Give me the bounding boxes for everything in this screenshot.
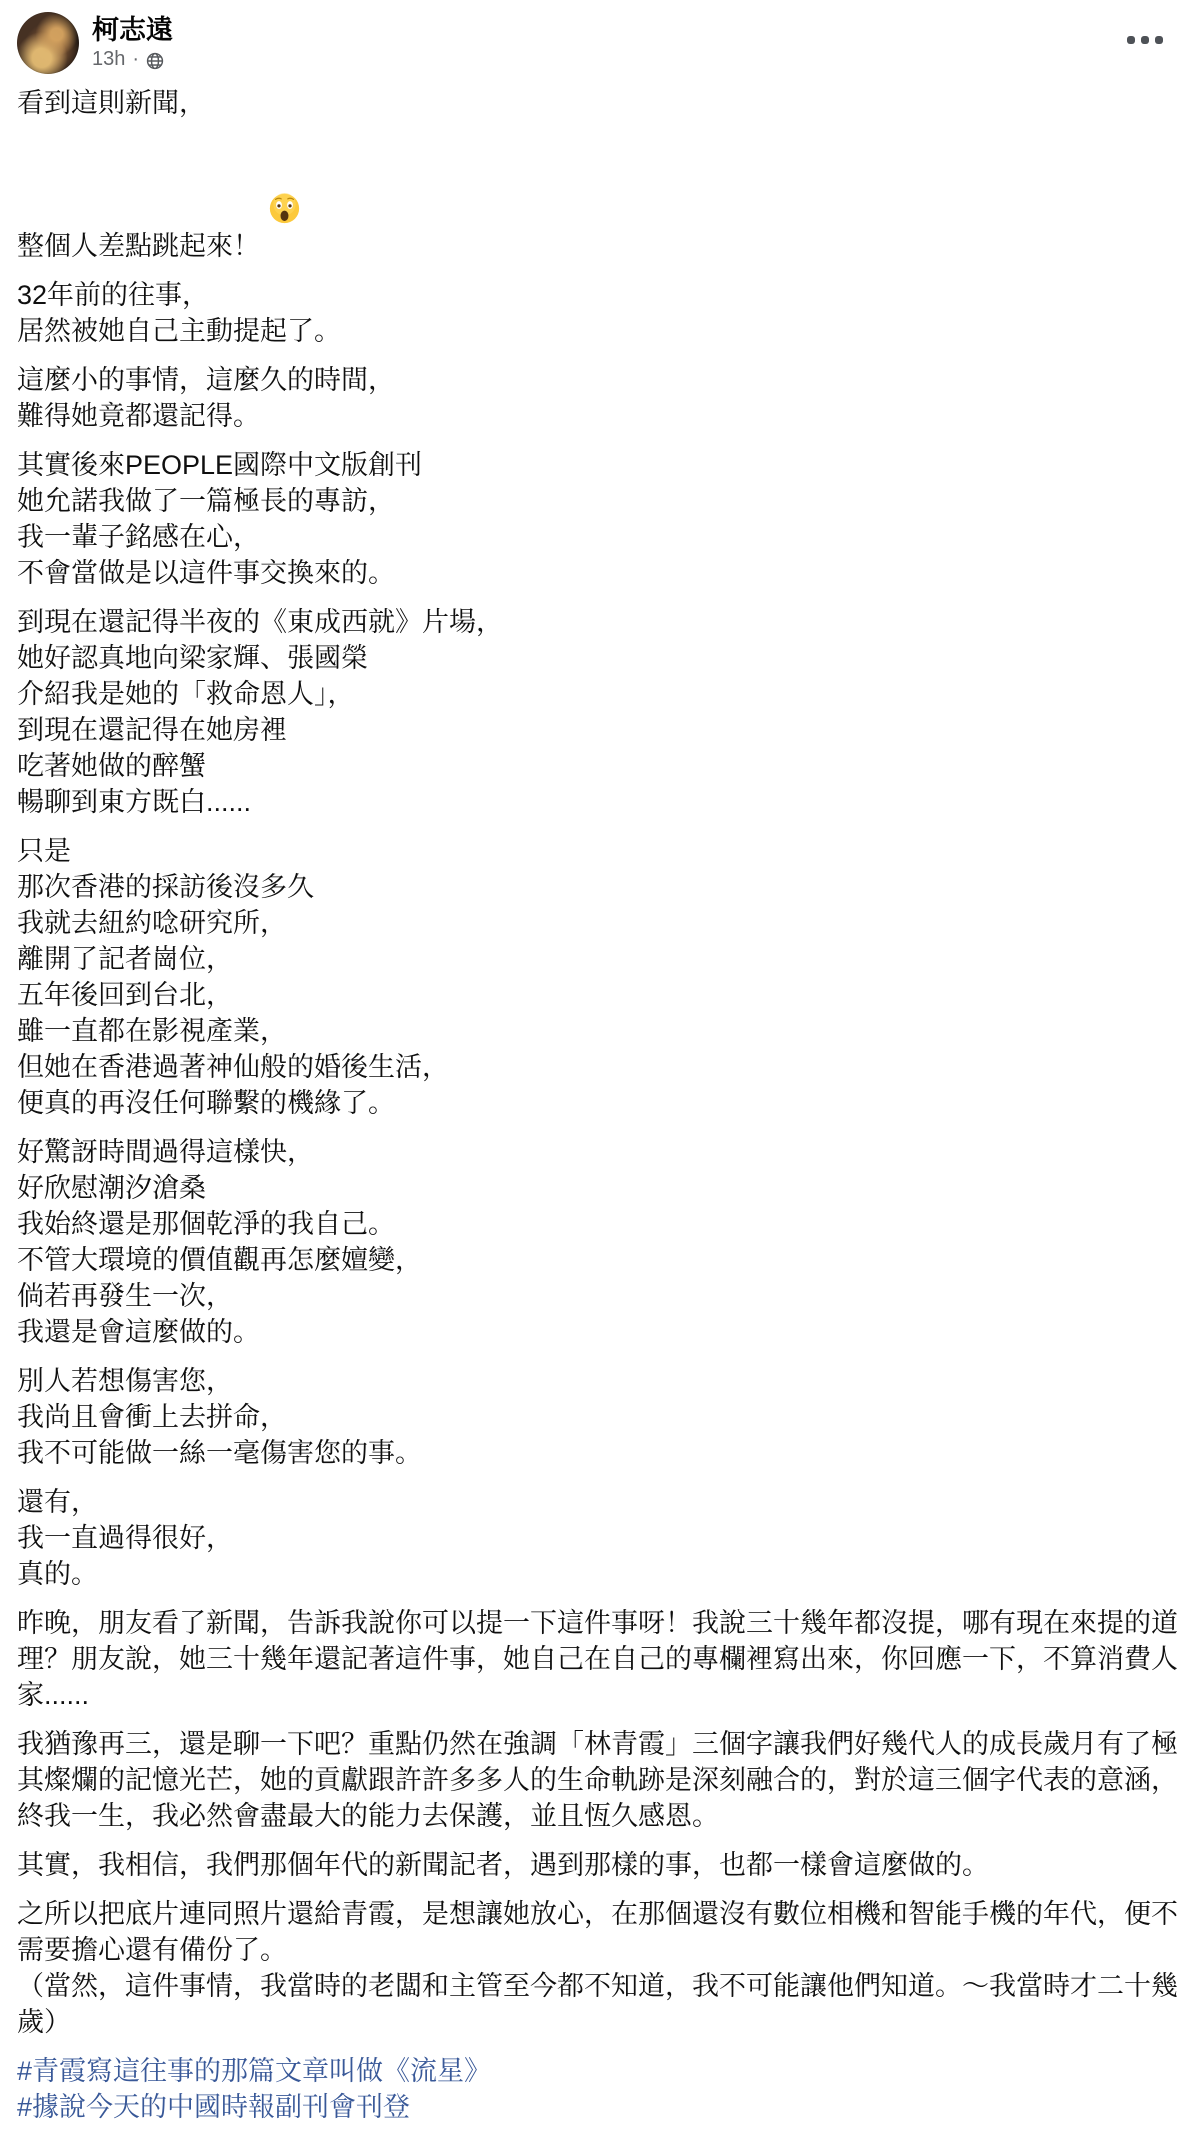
post-paragraph: 只是那次香港的採訪後沒多久我就去紐約唸研究所，離開了記者崗位，五年後回到台北，雖…	[17, 833, 1183, 1121]
post-text-line: 好驚訝時間過得這樣快，	[17, 1134, 1183, 1170]
post-text-line: 我尚且會衝上去拼命，	[17, 1399, 1183, 1435]
post-text-line: 這麼小的事情，這麼久的時間，	[17, 362, 1183, 398]
avatar[interactable]	[17, 12, 79, 74]
timestamp-row[interactable]: 13h ·	[92, 47, 173, 72]
post-text-line: 便真的再沒任何聯繫的機緣了。	[17, 1085, 1183, 1121]
post-text-line: 吃著她做的醉蟹	[17, 748, 1183, 784]
post-text-line: 不會當做是以這件事交換來的。	[17, 555, 1183, 591]
post-text-line: 看到這則新聞，	[17, 85, 1183, 121]
post-text-line: 到現在還記得在她房裡	[17, 712, 1183, 748]
post-text-line: 整個人差點跳起來！	[17, 121, 1183, 264]
post-paragraph: 還有，我一直過得很好，真的。	[17, 1484, 1183, 1592]
post-paragraph: 昨晚，朋友看了新聞，告訴我說你可以提一下這件事呀！我說三十幾年都沒提，哪有現在來…	[17, 1605, 1183, 1713]
globe-icon	[146, 52, 164, 70]
post-paragraph: 32年前的往事，居然被她自己主動提起了。	[17, 277, 1183, 349]
post-text-line: 她允諾我做了一篇極長的專訪，	[17, 483, 1183, 519]
post-text-line: 我始終還是那個乾淨的我自己。	[17, 1206, 1183, 1242]
post-text-line: 我一直過得很好，	[17, 1520, 1183, 1556]
facebook-post-card: 柯志遠 13h · 看到這則新聞	[0, 0, 1200, 2137]
post-text-line: 別人若想傷害您，	[17, 1363, 1183, 1399]
post-text-line: 倘若再發生一次，	[17, 1278, 1183, 1314]
post-paragraph: 好驚訝時間過得這樣快，好欣慰潮汐滄桑我始終還是那個乾淨的我自己。不管大環境的價值…	[17, 1134, 1183, 1350]
post-text-line: 32年前的往事，	[17, 277, 1183, 313]
hashtag-link[interactable]: #青霞寫這往事的那篇文章叫做《流星》	[17, 2056, 491, 2086]
post-body: 看到這則新聞，整個人差點跳起來！ 32年前的往事，居然被她自己主動提起了。這麼小…	[0, 74, 1200, 2137]
post-text-line: 她好認真地向梁家輝、張國榮	[17, 640, 1183, 676]
ellipsis-icon	[1127, 36, 1163, 44]
post-text-line: 雖一直都在影視產業，	[17, 1013, 1183, 1049]
post-text-line: 只是	[17, 833, 1183, 869]
post-paragraph: 別人若想傷害您，我尚且會衝上去拼命，我不可能做一絲一毫傷害您的事。	[17, 1363, 1183, 1471]
post-paragraph: 其實後來PEOPLE國際中文版創刊她允諾我做了一篇極長的專訪，我一輩子銘感在心，…	[17, 447, 1183, 591]
post-text-line: 離開了記者崗位，	[17, 941, 1183, 977]
post-text-line: 難得她竟都還記得。	[17, 398, 1183, 434]
post-text-line: 其實，我相信，我們那個年代的新聞記者，遇到那樣的事，也都一樣會這麼做的。	[17, 1847, 1183, 1883]
post-paragraph: 看到這則新聞，整個人差點跳起來！	[17, 85, 1183, 264]
post-header: 柯志遠 13h ·	[0, 0, 1200, 74]
author-name[interactable]: 柯志遠	[92, 14, 173, 47]
author-info: 柯志遠 13h ·	[92, 14, 173, 72]
post-text-line: 還有，	[17, 1484, 1183, 1520]
post-text-line: 我一輩子銘感在心，	[17, 519, 1183, 555]
post-text-line: 其實後來PEOPLE國際中文版創刊	[17, 447, 1183, 483]
post-text-line: 我不可能做一絲一毫傷害您的事。	[17, 1435, 1183, 1471]
post-text: 看到這則新聞，整個人差點跳起來！ 32年前的往事，居然被她自己主動提起了。這麼小…	[17, 85, 1183, 2040]
post-text-line: 昨晚，朋友看了新聞，告訴我說你可以提一下這件事呀！我說三十幾年都沒提，哪有現在來…	[17, 1605, 1183, 1713]
post-text-line: 我就去紐約唸研究所，	[17, 905, 1183, 941]
post-paragraph: 之所以把底片連同照片還給青霞，是想讓她放心，在那個還沒有數位相機和智能手機的年代…	[17, 1896, 1183, 2040]
post-text-line: 之所以把底片連同照片還給青霞，是想讓她放心，在那個還沒有數位相機和智能手機的年代…	[17, 1896, 1183, 1968]
hashtag-block: #青霞寫這往事的那篇文章叫做《流星》#據說今天的中國時報副刊會刊登	[17, 2053, 1183, 2125]
meta-separator: ·	[132, 47, 139, 72]
timestamp[interactable]: 13h	[92, 47, 125, 72]
post-text-line: 我猶豫再三，還是聊一下吧？重點仍然在強調「林青霞」三個字讓我們好幾代人的成長歲月…	[17, 1726, 1183, 1834]
post-text-line: 到現在還記得半夜的《東成西就》片場，	[17, 604, 1183, 640]
post-text-line: 不管大環境的價值觀再怎麼嬗變，	[17, 1242, 1183, 1278]
hashtag-line: #青霞寫這往事的那篇文章叫做《流星》	[17, 2053, 1183, 2089]
post-text-line: 介紹我是她的「救命恩人」，	[17, 676, 1183, 712]
post-text-line: （當然，這件事情，我當時的老闆和主管至今都不知道，我不可能讓他們知道。～我當時才…	[17, 1968, 1183, 2040]
post-paragraph: 其實，我相信，我們那個年代的新聞記者，遇到那樣的事，也都一樣會這麼做的。	[17, 1847, 1183, 1883]
post-paragraph: 我猶豫再三，還是聊一下吧？重點仍然在強調「林青霞」三個字讓我們好幾代人的成長歲月…	[17, 1726, 1183, 1834]
post-text-line: 我還是會這麼做的。	[17, 1314, 1183, 1350]
astonished-face-emoji	[269, 121, 300, 152]
post-text-line: 好欣慰潮汐滄桑	[17, 1170, 1183, 1206]
post-text-line: 五年後回到台北，	[17, 977, 1183, 1013]
post-paragraph: 這麼小的事情，這麼久的時間，難得她竟都還記得。	[17, 362, 1183, 434]
post-text-line: 居然被她自己主動提起了。	[17, 313, 1183, 349]
post-text-line: 但她在香港過著神仙般的婚後生活，	[17, 1049, 1183, 1085]
post-text-line: 那次香港的採訪後沒多久	[17, 869, 1183, 905]
post-text-line: 真的。	[17, 1556, 1183, 1592]
hashtag-link[interactable]: #據說今天的中國時報副刊會刊登	[17, 2092, 410, 2122]
hashtag-line: #據說今天的中國時報副刊會刊登	[17, 2089, 1183, 2125]
post-paragraph: 到現在還記得半夜的《東成西就》片場，她好認真地向梁家輝、張國榮介紹我是她的「救命…	[17, 604, 1183, 820]
more-options-button[interactable]	[1122, 26, 1168, 54]
post-text-line: 暢聊到東方既白......	[17, 784, 1183, 820]
